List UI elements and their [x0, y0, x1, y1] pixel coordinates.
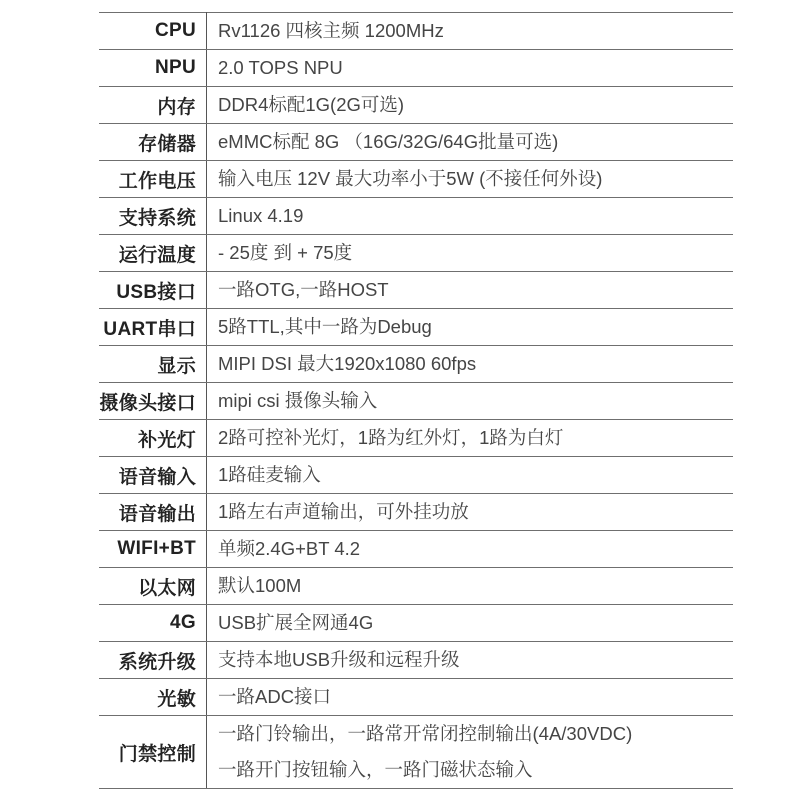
- spec-row: 显示 MIPI DSI 最大1920x1080 60fps: [99, 346, 733, 383]
- spec-value: 单频2.4G+BT 4.2: [207, 531, 734, 568]
- spec-value-line: USB扩展全网通4G: [218, 605, 727, 641]
- spec-value-line: 1路左右声道输出，可外挂功放: [218, 494, 727, 530]
- spec-value-line: 一路开门按钮输入，一路门磁状态输入: [218, 752, 727, 788]
- spec-label: 4G: [99, 605, 207, 642]
- spec-value: 支持本地USB升级和远程升级: [207, 642, 734, 679]
- spec-label: CPU: [99, 13, 207, 50]
- spec-value: 1路左右声道输出，可外挂功放: [207, 494, 734, 531]
- spec-label: 存储器: [99, 124, 207, 161]
- spec-label: 系统升级: [99, 642, 207, 679]
- spec-row: 语音输入 1路硅麦输入: [99, 457, 733, 494]
- spec-label: 语音输入: [99, 457, 207, 494]
- spec-value-line: 一路门铃输出，一路常开常闭控制输出(4A/30VDC): [218, 716, 727, 752]
- spec-row: NPU 2.0 TOPS NPU: [99, 50, 733, 87]
- spec-label: 支持系统: [99, 198, 207, 235]
- spec-value: mipi csi 摄像头输入: [207, 383, 734, 420]
- spec-value: 5路TTL,其中一路为Debug: [207, 309, 734, 346]
- spec-label: 内存: [99, 87, 207, 124]
- spec-row: 门禁控制 一路门铃输出，一路常开常闭控制输出(4A/30VDC)一路开门按钮输入…: [99, 716, 733, 789]
- spec-label: NPU: [99, 50, 207, 87]
- spec-value: 默认100M: [207, 568, 734, 605]
- spec-row: 运行温度 - 25度 到 + 75度: [99, 235, 733, 272]
- page: CPU Rv1126 四核主频 1200MHz NPU 2.0 TOPS NPU…: [0, 0, 800, 800]
- spec-label: USB接口: [99, 272, 207, 309]
- spec-value: Rv1126 四核主频 1200MHz: [207, 13, 734, 50]
- spec-row: USB接口 一路OTG,一路HOST: [99, 272, 733, 309]
- spec-value-line: 1路硅麦输入: [218, 457, 727, 493]
- spec-label: 运行温度: [99, 235, 207, 272]
- spec-table-body: CPU Rv1126 四核主频 1200MHz NPU 2.0 TOPS NPU…: [99, 13, 733, 789]
- spec-row: CPU Rv1126 四核主频 1200MHz: [99, 13, 733, 50]
- spec-value-line: DDR4标配1G(2G可选): [218, 87, 727, 123]
- spec-value-line: Linux 4.19: [218, 198, 727, 234]
- spec-value: DDR4标配1G(2G可选): [207, 87, 734, 124]
- spec-value: USB扩展全网通4G: [207, 605, 734, 642]
- spec-value: eMMC标配 8G （16G/32G/64G批量可选): [207, 124, 734, 161]
- spec-value-line: 2.0 TOPS NPU: [218, 50, 727, 86]
- spec-row: 补光灯 2路可控补光灯，1路为红外灯，1路为白灯: [99, 420, 733, 457]
- spec-value-line: 一路OTG,一路HOST: [218, 272, 727, 308]
- spec-value-line: 一路ADC接口: [218, 679, 727, 715]
- spec-label: 语音输出: [99, 494, 207, 531]
- spec-value: 2路可控补光灯，1路为红外灯，1路为白灯: [207, 420, 734, 457]
- spec-value: 一路OTG,一路HOST: [207, 272, 734, 309]
- spec-value-line: 输入电压 12V 最大功率小于5W (不接任何外设): [218, 161, 727, 197]
- spec-row: 4G USB扩展全网通4G: [99, 605, 733, 642]
- spec-row: 语音输出 1路左右声道输出，可外挂功放: [99, 494, 733, 531]
- spec-value: 一路门铃输出，一路常开常闭控制输出(4A/30VDC)一路开门按钮输入，一路门磁…: [207, 716, 734, 789]
- spec-label: 补光灯: [99, 420, 207, 457]
- spec-row: 支持系统 Linux 4.19: [99, 198, 733, 235]
- spec-value-line: mipi csi 摄像头输入: [218, 383, 727, 419]
- spec-row: 光敏 一路ADC接口: [99, 679, 733, 716]
- spec-value-line: 2路可控补光灯，1路为红外灯，1路为白灯: [218, 420, 727, 456]
- spec-value-line: eMMC标配 8G （16G/32G/64G批量可选): [218, 124, 727, 160]
- spec-value: 输入电压 12V 最大功率小于5W (不接任何外设): [207, 161, 734, 198]
- spec-label: 显示: [99, 346, 207, 383]
- spec-row: 存储器 eMMC标配 8G （16G/32G/64G批量可选): [99, 124, 733, 161]
- spec-value-line: 5路TTL,其中一路为Debug: [218, 309, 727, 345]
- spec-row: 工作电压 输入电压 12V 最大功率小于5W (不接任何外设): [99, 161, 733, 198]
- product-spec-table: CPU Rv1126 四核主频 1200MHz NPU 2.0 TOPS NPU…: [99, 12, 733, 789]
- spec-row: WIFI+BT 单频2.4G+BT 4.2: [99, 531, 733, 568]
- spec-label: 摄像头接口: [99, 383, 207, 420]
- spec-label: 以太网: [99, 568, 207, 605]
- spec-row: 内存 DDR4标配1G(2G可选): [99, 87, 733, 124]
- spec-value-line: MIPI DSI 最大1920x1080 60fps: [218, 346, 727, 382]
- spec-value-line: - 25度 到 + 75度: [218, 235, 727, 271]
- spec-value-line: 默认100M: [218, 568, 727, 604]
- spec-label: WIFI+BT: [99, 531, 207, 568]
- spec-label: 光敏: [99, 679, 207, 716]
- spec-value-line: Rv1126 四核主频 1200MHz: [218, 13, 727, 49]
- spec-value: 1路硅麦输入: [207, 457, 734, 494]
- spec-value: MIPI DSI 最大1920x1080 60fps: [207, 346, 734, 383]
- spec-label: 门禁控制: [99, 716, 207, 789]
- spec-value: 2.0 TOPS NPU: [207, 50, 734, 87]
- spec-label: 工作电压: [99, 161, 207, 198]
- spec-label: UART串口: [99, 309, 207, 346]
- spec-row: 摄像头接口 mipi csi 摄像头输入: [99, 383, 733, 420]
- spec-value-line: 单频2.4G+BT 4.2: [218, 531, 727, 567]
- spec-row: 系统升级 支持本地USB升级和远程升级: [99, 642, 733, 679]
- spec-value: 一路ADC接口: [207, 679, 734, 716]
- spec-row: UART串口 5路TTL,其中一路为Debug: [99, 309, 733, 346]
- spec-row: 以太网 默认100M: [99, 568, 733, 605]
- spec-value: - 25度 到 + 75度: [207, 235, 734, 272]
- spec-value-line: 支持本地USB升级和远程升级: [218, 642, 727, 678]
- spec-value: Linux 4.19: [207, 198, 734, 235]
